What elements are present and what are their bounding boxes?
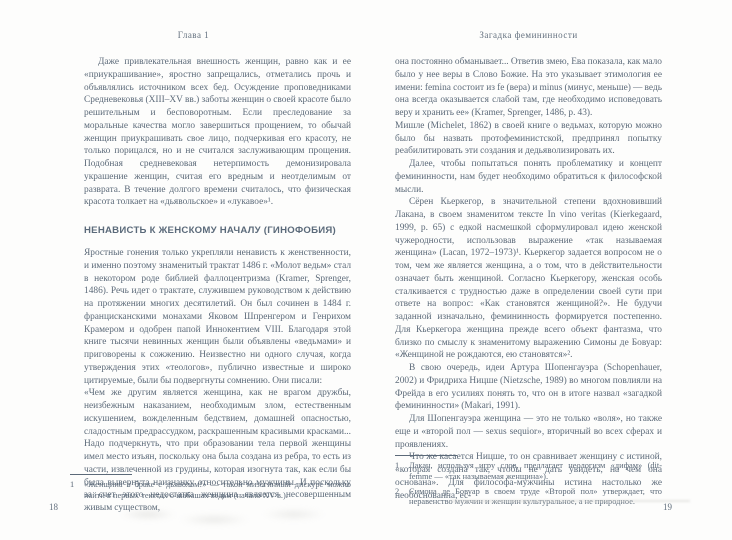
footnote-divider: [70, 474, 132, 475]
paragraph-schopenhauer: Для Шопенгауэра женщина — это не только …: [395, 413, 662, 451]
paragraph-transition: Далее, чтобы попытаться понять проблемат…: [395, 158, 662, 196]
blockquote-continuation: она постоянно обманывает... Ответив змею…: [395, 56, 662, 120]
footnote-divider: [395, 455, 457, 456]
book-spread: Глава 1 Даже привлекательная внешность ж…: [0, 0, 732, 540]
running-head-left: Глава 1: [60, 30, 327, 40]
paragraph-michelet: Мишле (Michelet, 1862) в своей книге о в…: [395, 120, 662, 158]
footnote-number: 2: [395, 487, 409, 509]
paragraph-kierkegaard: Сёрен Кьеркегор, в значительной степени …: [395, 196, 662, 362]
footnote-text: Лакан, используя игру слов, предлагает н…: [409, 461, 662, 483]
footnote: 1 Лакан, используя игру слов, предлагает…: [395, 461, 662, 483]
footnote: 1 «Женщина в браке с дьяволом!» — такой …: [70, 480, 351, 502]
page-number-left: 18: [49, 502, 58, 512]
paragraph-schopenhauer-nietzsche: В свою очередь, идеи Артура Шопенгауэра …: [395, 362, 662, 413]
footnote-text: «Женщина в браке с дьяволом!» — такой ми…: [84, 480, 351, 502]
footnote-area-left: 1 «Женщина в браке с дьяволом!» — такой …: [70, 474, 351, 506]
footnote: 2 Симона де Бовуар в своем труде «Второй…: [395, 487, 662, 509]
footnote-number: 1: [395, 461, 409, 483]
footnote-area-right: 1 Лакан, используя игру слов, предлагает…: [395, 455, 662, 512]
footnote-text: Симона де Бовуар в своем труде «Второй п…: [409, 487, 662, 509]
page-right: Загадка фемининности она постоянно обман…: [395, 30, 662, 502]
footnote-number: 1: [70, 480, 84, 502]
paragraph-malleus: Яростные гонения только укрепляли ненави…: [84, 247, 351, 387]
page-number-right: 19: [663, 502, 672, 512]
section-heading-gynophobia: НЕНАВИСТЬ К ЖЕНСКОМУ НАЧАЛУ (ГИНОФОБИЯ): [84, 225, 351, 236]
page-left: Глава 1 Даже привлекательная внешность ж…: [84, 30, 351, 515]
paragraph-appearance: Даже привлекательная внешность женщин, р…: [84, 56, 351, 209]
running-head-right: Загадка фемининности: [395, 30, 662, 40]
